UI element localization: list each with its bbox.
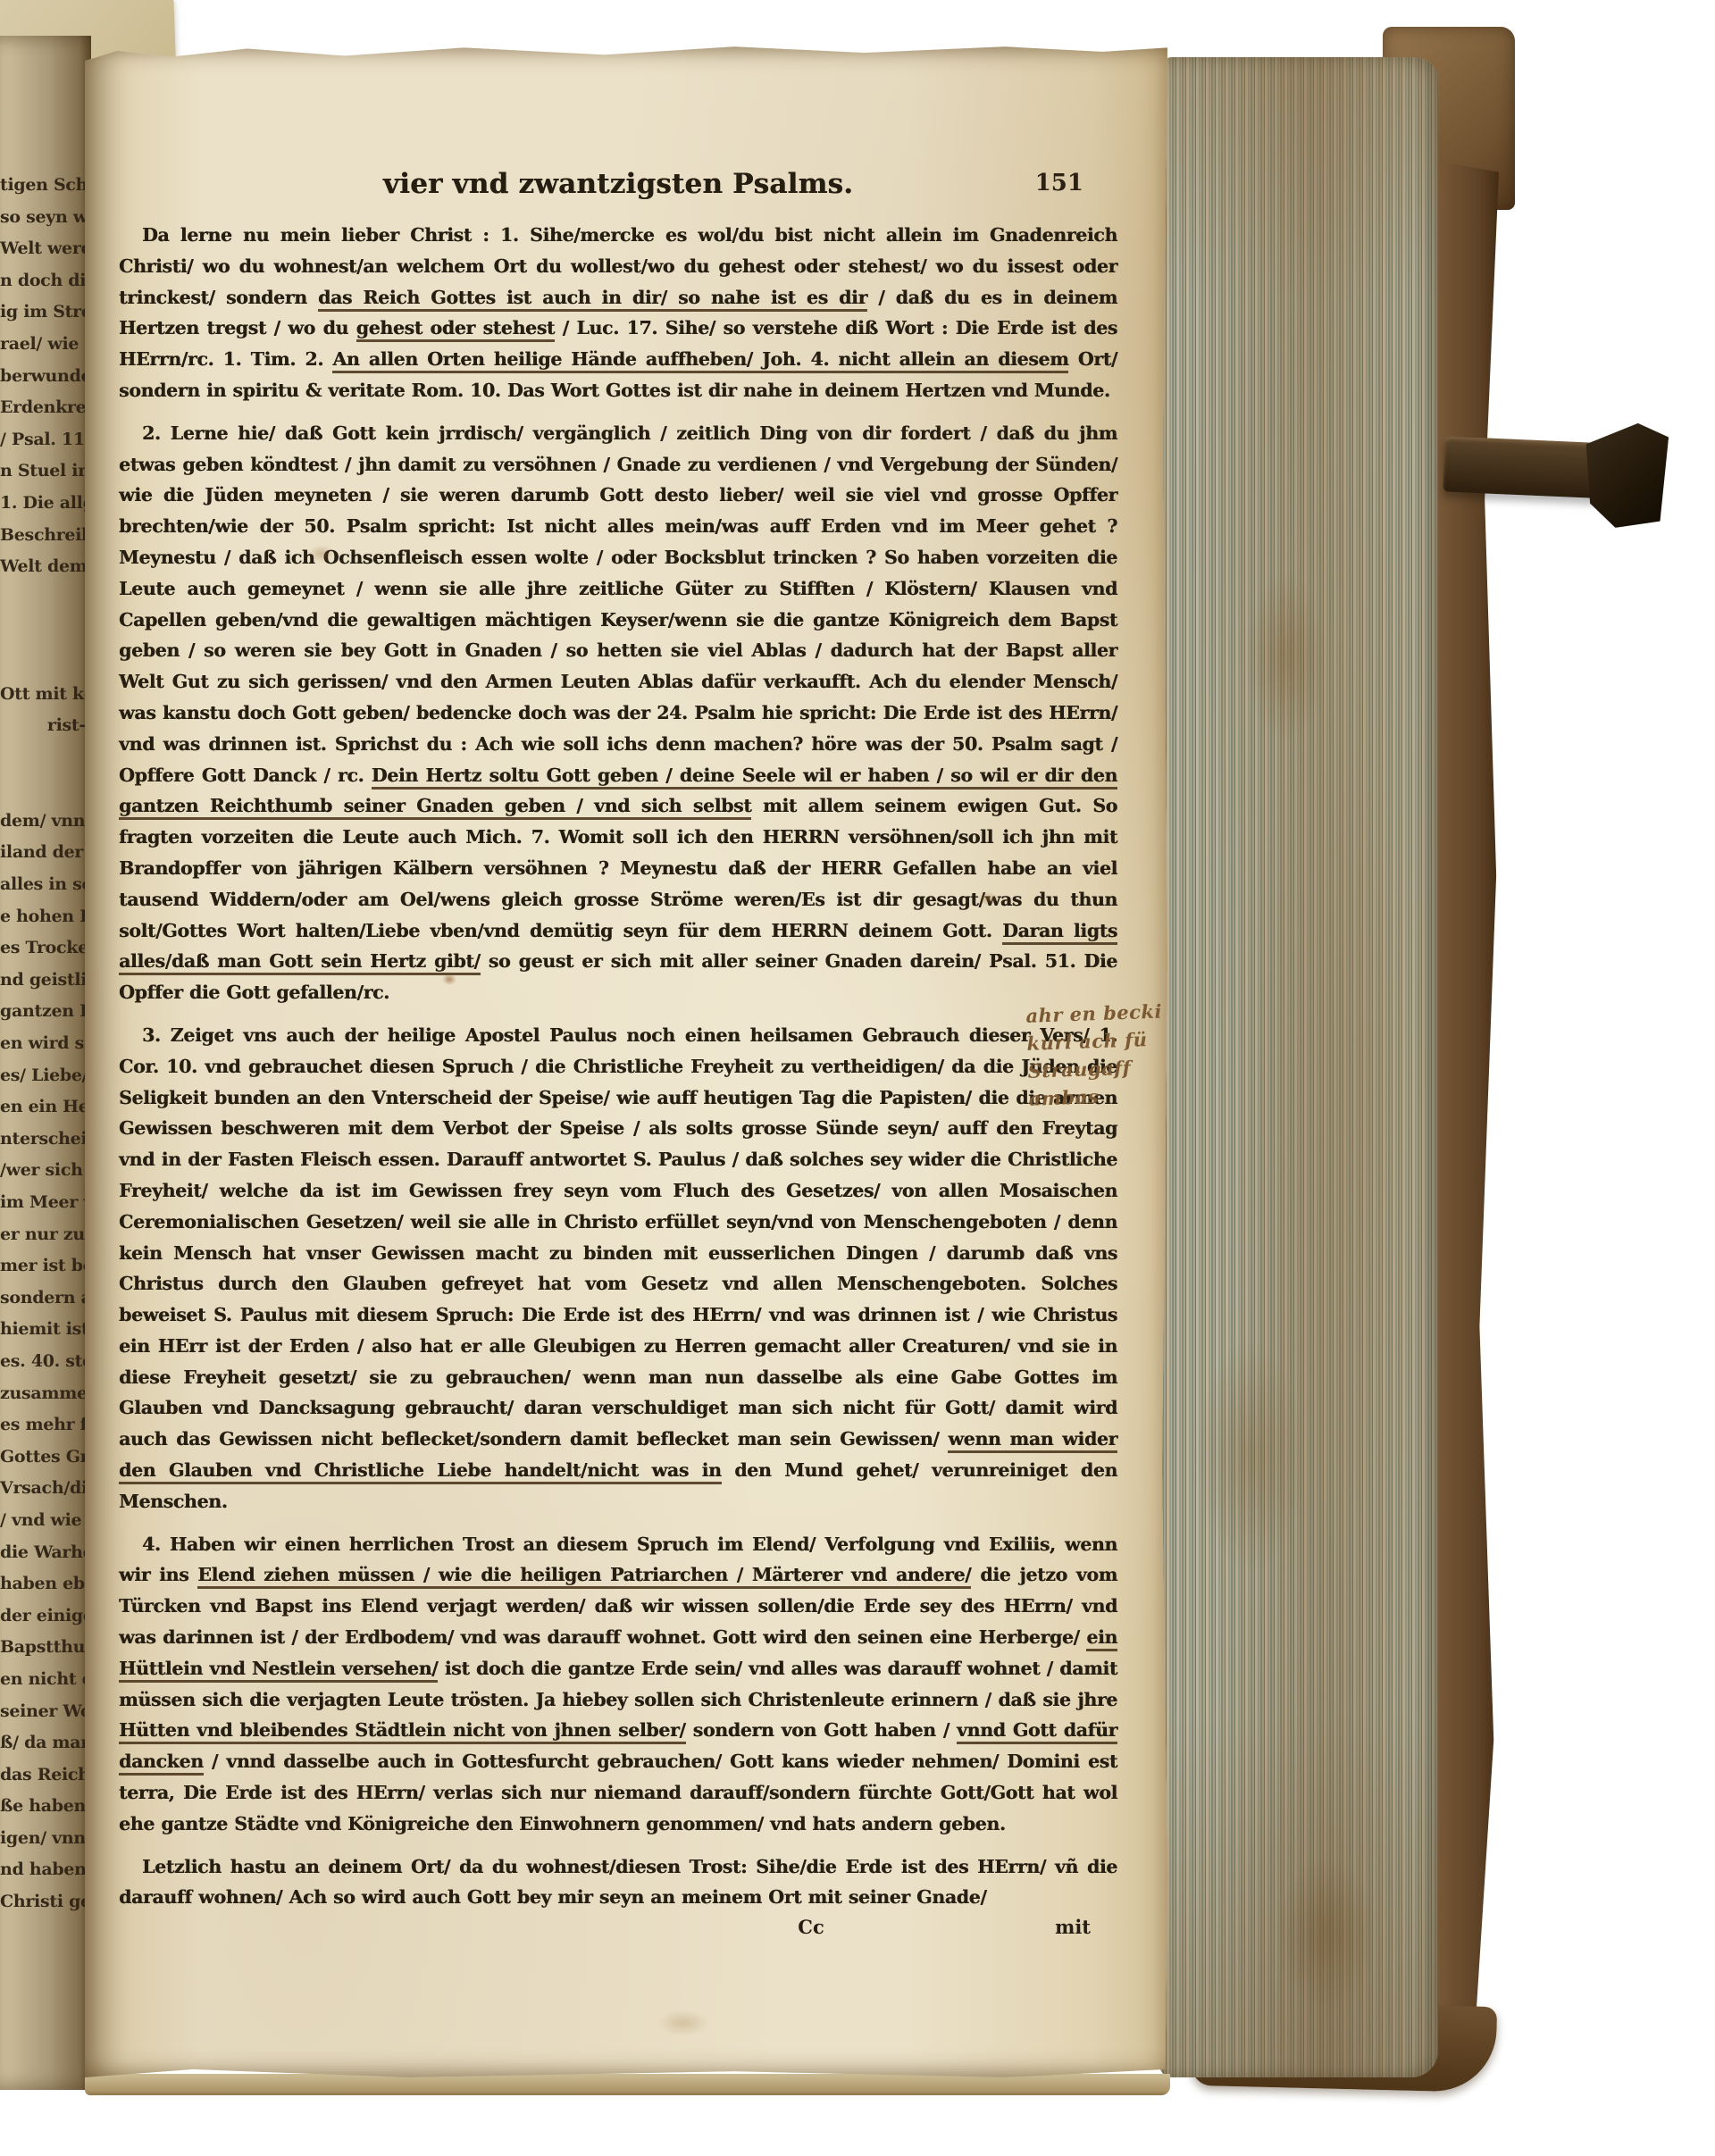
ink-underlined-text: gehest oder stehest [356, 317, 555, 342]
foxing-spot [978, 891, 998, 906]
ink-underlined-text: Elend ziehen müssen / wie die heiligen P… [197, 1564, 971, 1589]
printed-page: vier vnd zwantzigsten Psalms. 151 Da ler… [85, 45, 1167, 2077]
text-paragraph: 3. Zeiget vns auch der heilige Apostel P… [119, 1020, 1117, 1517]
text-segment: Letzlich hastu an deinem Ort/ da du wohn… [119, 1856, 1117, 1909]
fore-edge-stain [1246, 572, 1326, 741]
metal-clasp [1441, 414, 1674, 540]
book-photo: tigen Schutz hso seyn wirdWelt werde str… [0, 0, 1715, 2156]
ink-underlined-text: Hütten vnd bleibendes Städtlein nicht vo… [119, 1719, 686, 1744]
ink-underlined-text: An allen Orten heilige Hände auffheben/ … [332, 348, 1068, 373]
text-paragraph: 2. Lerne hie/ daß Gott kein jrrdisch/ ve… [119, 418, 1117, 1008]
ink-underlined-text: das Reich Gottes ist auch in dir/ so nah… [318, 287, 867, 312]
text-segment: sondern von Gott haben / [686, 1719, 957, 1741]
body-text: Da lerne nu mein lieber Christ : 1. Sihe… [119, 220, 1117, 1913]
text-paragraph: Letzlich hastu an deinem Ort/ da du wohn… [119, 1851, 1117, 1914]
running-title: vier vnd zwantzigsten Psalms. [119, 168, 1117, 200]
text-block: vier vnd zwantzigsten Psalms. 151 Da ler… [119, 168, 1117, 1948]
handwritten-marginalia: ahr en beckikurl ach füStraugaffambas [1025, 995, 1226, 1113]
signature-row: Cc mit [119, 1916, 1117, 1948]
page-number: 151 [1035, 170, 1083, 196]
clasp-strap [1443, 436, 1604, 498]
catchword: mit [1055, 1916, 1091, 1938]
page-header: vier vnd zwantzigsten Psalms. 151 [119, 168, 1117, 220]
fore-edge-stain [1277, 1858, 1376, 2010]
foxing-spot [308, 545, 335, 563]
foxing-spot [657, 2010, 710, 2036]
left-page-edge: tigen Schutz hso seyn wirdWelt werde str… [0, 36, 91, 2090]
text-segment: / vnnd dasselbe auch in Gottesfurcht geb… [119, 1751, 1117, 1834]
text-paragraph: Da lerne nu mein lieber Christ : 1. Sihe… [119, 220, 1117, 406]
fore-edge-stain [1197, 1340, 1304, 1572]
gutter-shadow [0, 36, 91, 2090]
signature-mark: Cc [798, 1916, 824, 1938]
clasp-hook [1583, 421, 1669, 530]
text-segment: 2. Lerne hie/ daß Gott kein jrrdisch/ ve… [119, 422, 1117, 786]
text-paragraph: 4. Haben wir einen herrlichen Trost an d… [119, 1529, 1117, 1840]
text-segment: 3. Zeiget vns auch der heilige Apostel P… [119, 1024, 1117, 1450]
foxing-spot [442, 974, 456, 985]
